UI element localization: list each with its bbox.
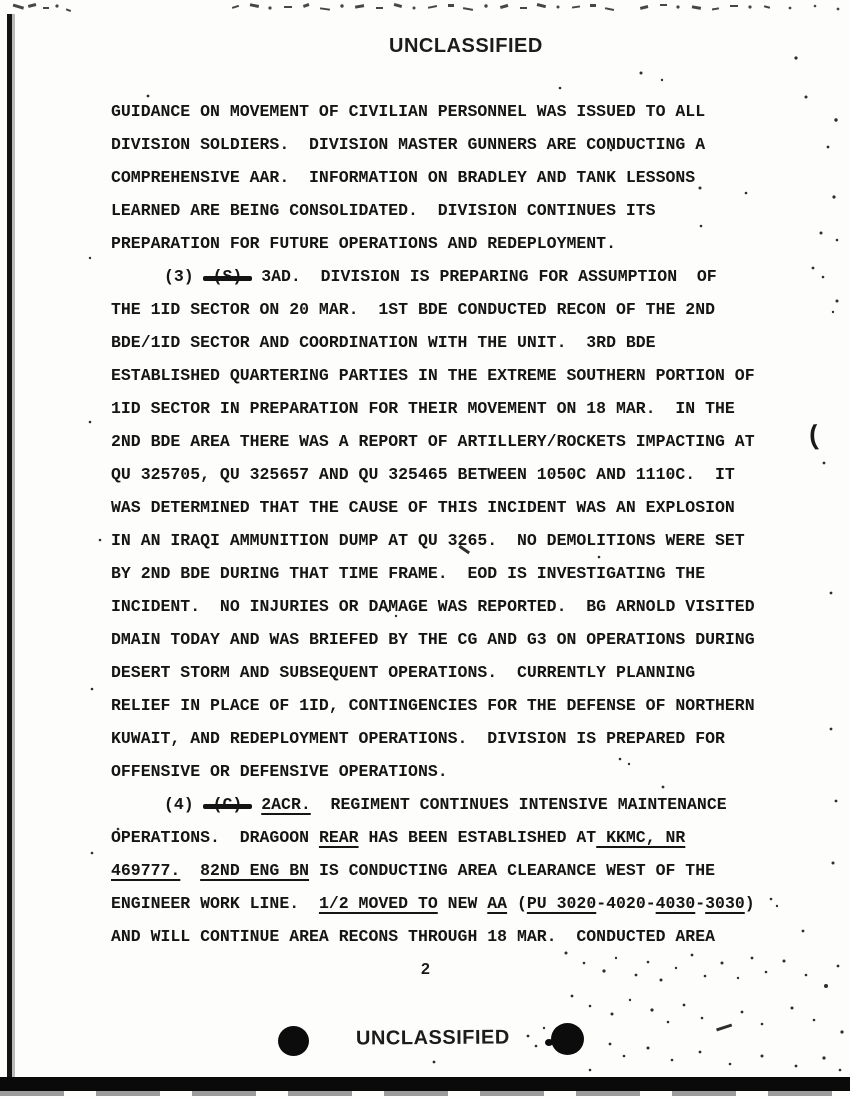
text-line: BY 2ND BDE DURING THAT TIME FRAME. EOD I… [111, 557, 755, 590]
text-segment: INCIDENT. NO INJURIES OR DAMAGE WAS REPO… [111, 597, 755, 616]
text-line: AND WILL CONTINUE AREA RECONS THROUGH 18… [111, 920, 755, 953]
text-segment: 1ID SECTOR IN PREPARATION FOR THEIR MOVE… [111, 399, 735, 418]
text-line: DESERT STORM AND SUBSEQUENT OPERATIONS. … [111, 656, 755, 689]
text-line: WAS DETERMINED THAT THE CAUSE OF THIS IN… [111, 491, 755, 524]
document-page: UNCLASSIFIED GUIDANCE ON MOVEMENT OF CIV… [0, 0, 850, 1097]
underlined-text-segment: 469777. [111, 861, 180, 880]
text-line: LEARNED ARE BEING CONSOLIDATED. DIVISION… [111, 194, 755, 227]
text-segment: GUIDANCE ON MOVEMENT OF CIVILIAN PERSONN… [111, 102, 705, 121]
underlined-text-segment: PU 3020 [527, 894, 596, 913]
text-segment: RELIEF IN PLACE OF 1ID, CONTINGENCIES FO… [111, 696, 755, 715]
scan-edge-left [7, 14, 12, 1077]
text-line: 1ID SECTOR IN PREPARATION FOR THEIR MOVE… [111, 392, 755, 425]
text-line: COMPREHENSIVE AAR. INFORMATION ON BRADLE… [111, 161, 755, 194]
text-segment: WAS DETERMINED THAT THE CAUSE OF THIS IN… [111, 498, 735, 517]
underlined-text-segment: KKMC, NR [596, 828, 685, 847]
text-line: IN AN IRAQI AMMUNITION DUMP AT QU 3265. … [111, 524, 755, 557]
text-line: KUWAIT, AND REDEPLOYMENT OPERATIONS. DIV… [111, 722, 755, 755]
text-line: GUIDANCE ON MOVEMENT OF CIVILIAN PERSONN… [111, 95, 755, 128]
text-segment: (3) [164, 267, 204, 286]
text-segment: PREPARATION FOR FUTURE OPERATIONS AND RE… [111, 234, 616, 253]
text-segment: KUWAIT, AND REDEPLOYMENT OPERATIONS. DIV… [111, 729, 725, 748]
document-body: GUIDANCE ON MOVEMENT OF CIVILIAN PERSONN… [111, 95, 755, 953]
text-segment: THE 1ID SECTOR ON 20 MAR. 1ST BDE CONDUC… [111, 300, 715, 319]
text-segment: - [695, 894, 705, 913]
text-segment: 3AD. DIVISION IS PREPARING FOR ASSUMPTIO… [251, 267, 716, 286]
text-segment: COMPREHENSIVE AAR. INFORMATION ON BRADLE… [111, 168, 695, 187]
text-line: DIVISION SOLDIERS. DIVISION MASTER GUNNE… [111, 128, 755, 161]
text-line: 469777. 82ND ENG BN IS CONDUCTING AREA C… [111, 854, 755, 887]
header-classification: UNCLASSIFIED [389, 35, 543, 58]
text-line: (4) (C) 2ACR. REGIMENT CONTINUES INTENSI… [111, 788, 755, 821]
text-segment [180, 861, 200, 880]
punch-hole-left [278, 1026, 309, 1056]
underlined-text-segment: 2ACR. [261, 795, 311, 814]
text-line: OFFENSIVE OR DEFENSIVE OPERATIONS. [111, 755, 755, 788]
text-segment [251, 795, 261, 814]
text-segment: DIVISION SOLDIERS. DIVISION MASTER GUNNE… [111, 135, 705, 154]
punch-hole-right [551, 1023, 584, 1055]
text-segment: DMAIN TODAY AND WAS BRIEFED BY THE CG AN… [111, 630, 755, 649]
page-number: 2 [421, 961, 430, 979]
footer-classification: UNCLASSIFIED [356, 1026, 510, 1050]
text-line: INCIDENT. NO INJURIES OR DAMAGE WAS REPO… [111, 590, 755, 623]
text-line: RELIEF IN PLACE OF 1ID, CONTINGENCIES FO… [111, 689, 755, 722]
text-segment: ( [507, 894, 527, 913]
underlined-text-segment: 4030 [656, 894, 696, 913]
underlined-text-segment: 82ND ENG BN [200, 861, 309, 880]
text-line: ESTABLISHED QUARTERING PARTIES IN THE EX… [111, 359, 755, 392]
text-segment: AND WILL CONTINUE AREA RECONS THROUGH 18… [111, 927, 715, 946]
stray-paren-mark: ( [805, 422, 823, 453]
text-segment: ESTABLISHED QUARTERING PARTIES IN THE EX… [111, 366, 755, 385]
text-segment: DESERT STORM AND SUBSEQUENT OPERATIONS. … [111, 663, 695, 682]
text-line: BDE/1ID SECTOR AND COORDINATION WITH THE… [111, 326, 755, 359]
underlined-text-segment: AA [487, 894, 507, 913]
text-segment: OPERATIONS. DRAGOON [111, 828, 319, 847]
text-line: 2ND BDE AREA THERE WAS A REPORT OF ARTIL… [111, 425, 755, 458]
text-segment: ENGINEER WORK LINE. [111, 894, 319, 913]
redacted-classification-marker: (S) [204, 267, 252, 286]
scan-edge-bottom-shadow [0, 1091, 850, 1096]
text-segment: IN AN IRAQI AMMUNITION DUMP AT QU 3265. … [111, 531, 745, 550]
underlined-text-segment: 1/2 MOVED TO [319, 894, 438, 913]
text-line: ENGINEER WORK LINE. 1/2 MOVED TO NEW AA … [111, 887, 755, 920]
text-line: (3) (S) 3AD. DIVISION IS PREPARING FOR A… [111, 260, 755, 293]
text-line: THE 1ID SECTOR ON 20 MAR. 1ST BDE CONDUC… [111, 293, 755, 326]
text-line: OPERATIONS. DRAGOON REAR HAS BEEN ESTABL… [111, 821, 755, 854]
text-segment: IS CONDUCTING AREA CLEARANCE WEST OF THE [309, 861, 715, 880]
text-segment: LEARNED ARE BEING CONSOLIDATED. DIVISION… [111, 201, 656, 220]
text-segment: BY 2ND BDE DURING THAT TIME FRAME. EOD I… [111, 564, 705, 583]
scan-edge-bottom [0, 1077, 850, 1091]
text-segment: HAS BEEN ESTABLISHED AT [359, 828, 597, 847]
text-segment: NEW [438, 894, 488, 913]
text-segment: -4020- [596, 894, 655, 913]
underlined-text-segment: REAR [319, 828, 359, 847]
text-segment: OFFENSIVE OR DEFENSIVE OPERATIONS. [111, 762, 448, 781]
text-segment: QU 325705, QU 325657 AND QU 325465 BETWE… [111, 465, 735, 484]
text-segment: 2ND BDE AREA THERE WAS A REPORT OF ARTIL… [111, 432, 755, 451]
underlined-text-segment: 3030 [705, 894, 745, 913]
text-line: QU 325705, QU 325657 AND QU 325465 BETWE… [111, 458, 755, 491]
text-line: DMAIN TODAY AND WAS BRIEFED BY THE CG AN… [111, 623, 755, 656]
text-segment: REGIMENT CONTINUES INTENSIVE MAINTENANCE [311, 795, 727, 814]
text-segment: BDE/1ID SECTOR AND COORDINATION WITH THE… [111, 333, 656, 352]
redacted-classification-marker: (C) [204, 795, 252, 814]
text-segment: ) [745, 894, 755, 913]
text-segment: (4) [164, 795, 204, 814]
text-line: PREPARATION FOR FUTURE OPERATIONS AND RE… [111, 227, 755, 260]
